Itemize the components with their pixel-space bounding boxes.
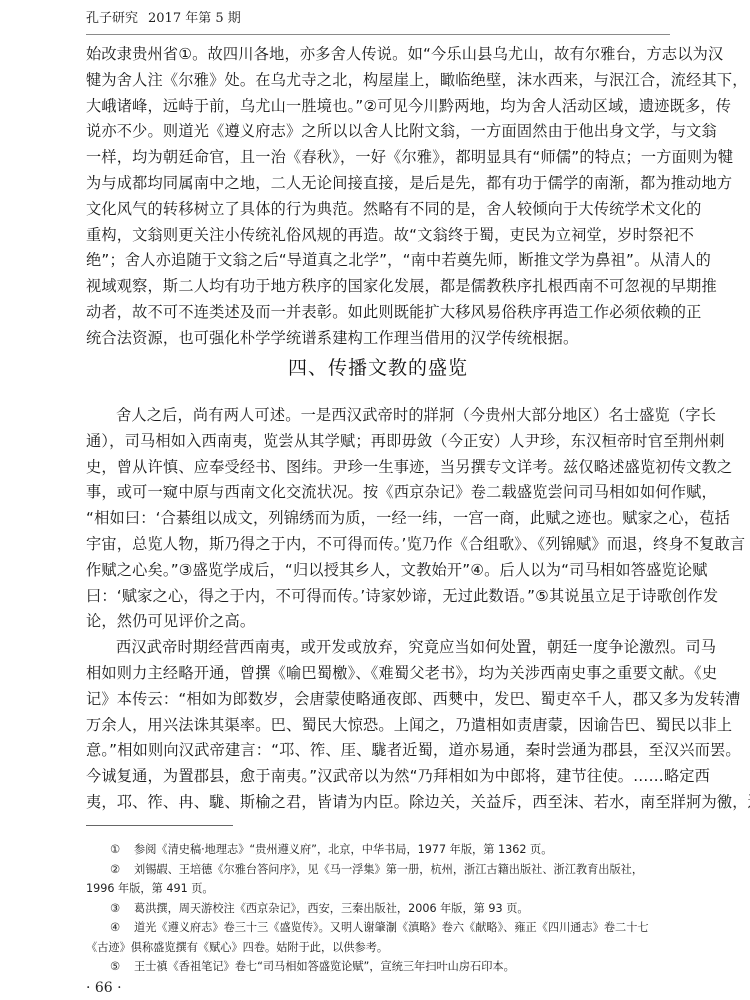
text-line: 舍人之后，尚有两人可述。一是西汉武帝时的牂牁（今贵州大部分地区）名士盛览（字长 xyxy=(86,403,670,429)
footnote-2-cont: 1996 年版，第 491 页。 xyxy=(86,879,670,899)
footnote-5: ⑤王士禛《香祖笔记》卷七“司马相如答盛览论赋”，宣统三年扫叶山房石印本。 xyxy=(86,957,670,977)
footnote-text: 道光《遵义府志》卷三十三《盛览传》。又明人谢肇淛《滇略》卷六《献略》、雍正《四川… xyxy=(134,921,649,934)
footnote-divider xyxy=(86,825,233,826)
text-line: 曰：‘赋家之心，得之于内，不可得而传。’诗家妙谛，无过此数语。”⑤其说虽立足于诗… xyxy=(86,584,670,610)
page-number: · 66 · xyxy=(86,980,122,996)
text-line: 说亦不少。则道光《遵义府志》之所以以舍人比附文翁，一方面固然由于他出身文学，与文… xyxy=(86,119,670,145)
text-line: 记》本传云：“相如为郎数岁，会唐蒙使略通夜郎、西僰中，发巴、蜀吏卒千人，郡又多为… xyxy=(86,687,670,713)
text-line: 意。”相如则向汉武帝建言：“邛、筰、厓、駹者近蜀，道亦易通，秦时尝通为郡县，至汉… xyxy=(86,738,670,764)
body-section-1: 始改隶贵州省①。故四川各地，亦多舍人传说。如“今乐山县乌尤山，故有尔雅台，方志以… xyxy=(86,42,670,352)
text-line: 论，然仍可见评价之高。 xyxy=(86,609,670,635)
footnote-number: ① xyxy=(86,840,134,860)
running-header: 孔子研究2017 年第 5 期 xyxy=(86,6,670,35)
footnotes: ①参阅《清史稿·地理志》“贵州遵义府”，北京，中华书局，1977 年版，第 13… xyxy=(86,840,670,977)
text-line: 文化风气的转移树立了具体的行为典范。然略有不同的是，舍人较倾向于大传统学术文化的 xyxy=(86,197,670,223)
text-line: 绝”；舍人亦追随于文翁之后“导道真之北学”，“南中若奠先师，断推文学为鼻祖”。从… xyxy=(86,248,670,274)
footnote-2: ②刘锡嘏、王培德《尔雅台答问序》，见《马一浮集》第一册，杭州，浙江古籍出版社、浙… xyxy=(86,860,670,880)
footnote-4: ④道光《遵义府志》卷三十三《盛览传》。又明人谢肇淛《滇略》卷六《献略》、雍正《四… xyxy=(86,918,670,938)
text-line: 视域观察，斯二人均有功于地方秩序的国家化发展，都是儒教秩序扎根西南不可忽视的早期… xyxy=(86,274,670,300)
text-line: 作赋之心矣。”③盛览学成后，“归以授其乡人，文教始开”④。后人以为“司马相如答盛… xyxy=(86,558,670,584)
text-line: 西汉武帝时期经营西南夷，或开发或放弃，究竟应当如何处置，朝廷一度争论激烈。司马 xyxy=(86,635,670,661)
text-line: 史，曾从许慎、应奉受经书、图纬。尹珍一生事迹，当另撰专文详考。兹仅略述盛览初传文… xyxy=(86,455,670,481)
text-line: 统合法资源，也可强化朴学学统谱系建构工作理当借用的汉学传统根据。 xyxy=(86,326,670,352)
journal-title: 孔子研究 xyxy=(86,11,138,26)
text-line: 大峨诸峰，远峙于前，乌尤山一胜境也。”②可见今川黔两地，均为舍人活动区域，遗迹既… xyxy=(86,94,670,120)
footnote-4-cont: 《古迹》俱称盛览撰有《赋心》四卷。姑附于此，以供参考。 xyxy=(86,938,670,958)
issue-label: 2017 年第 5 期 xyxy=(148,11,241,26)
text-line: “相如曰：‘合綦组以成文，列锦绣而为质，一经一纬，一宫一商，此赋之迹也。赋家之心… xyxy=(86,506,670,532)
text-line: 相如则力主经略开通，曾撰《喻巴蜀檄》、《难蜀父老书》，均为关涉西南史事之重要文献… xyxy=(86,661,670,687)
footnote-3: ③葛洪撰，周天游校注《西京杂记》，西安，三秦出版社，2006 年版，第 93 页… xyxy=(86,899,670,919)
text-line: 动者，故不可不连类述及而一并表彰。如此则既能扩大移风易俗秩序再造工作必须依赖的正 xyxy=(86,300,670,326)
footnote-number: ② xyxy=(86,860,134,880)
footnote-number: ⑤ xyxy=(86,957,134,977)
text-line: 事，或可一窥中原与西南文化交流状况。按《西京杂记》卷二载盛览尝问司马相如如何作赋… xyxy=(86,480,670,506)
footnote-text: 参阅《清史稿·地理志》“贵州遵义府”，北京，中华书局，1977 年版，第 136… xyxy=(134,843,552,856)
text-line: 万余人，用兴法诛其渠率。巴、蜀民大惊恐。上闻之，乃遣相如责唐蒙，因谕告巴、蜀民以… xyxy=(86,713,670,739)
body-section-2: 舍人之后，尚有两人可述。一是西汉武帝时的牂牁（今贵州大部分地区）名士盛览（字长 … xyxy=(86,403,670,816)
footnote-number: ③ xyxy=(86,899,134,919)
footnote-1: ①参阅《清史稿·地理志》“贵州遵义府”，北京，中华书局，1977 年版，第 13… xyxy=(86,840,670,860)
text-line: 重构，文翁则更关注小传统礼俗风规的再造。故“文翁终于蜀，吏民为立祠堂，岁时祭祀不 xyxy=(86,223,670,249)
footnote-text: 王士禛《香祖笔记》卷七“司马相如答盛览论赋”，宣统三年扫叶山房石印本。 xyxy=(134,960,515,973)
section-heading: 四、传播文教的盛览 xyxy=(86,355,670,381)
text-line: 通），司马相如入西南夷，览尝从其学赋；再即毋敛（今正安）人尹珍，东汉桓帝时官至荆… xyxy=(86,429,670,455)
footnote-text: 葛洪撰，周天游校注《西京杂记》，西安，三秦出版社，2006 年版，第 93 页。 xyxy=(134,902,529,915)
footnote-number: ④ xyxy=(86,918,134,938)
text-line: 始改隶贵州省①。故四川各地，亦多舍人传说。如“今乐山县乌尤山，故有尔雅台，方志以… xyxy=(86,42,670,68)
text-line: 为与成都均同属南中之地，二人无论间接直接，是后是先，都有功于儒学的南渐，都为推动… xyxy=(86,171,670,197)
text-line: 一样，均为朝廷命官，且一治《春秋》，一好《尔雅》，都明显具有“师儒”的特点；一方… xyxy=(86,145,670,171)
text-line: 夷，邛、筰、冉、駹、斯榆之君，皆请为内臣。除边关，关益斥，西至沫、若水，南至牂牁… xyxy=(86,790,670,816)
text-line: 犍为舍人注《尔雅》处。在乌尤寺之北，构屋崖上，瞰临绝壁，沫水西来，与泯江合，流经… xyxy=(86,68,670,94)
text-line: 今诚复通，为置郡县，愈于南夷。”汉武帝以为然“乃拜相如为中郎将，建节往使。……略… xyxy=(86,764,670,790)
text-line: 宇宙，总览人物，斯乃得之于内，不可得而传。’览乃作《合组歌》、《列锦赋》而退，终… xyxy=(86,532,670,558)
footnote-text: 刘锡嘏、王培德《尔雅台答问序》，见《马一浮集》第一册，杭州，浙江古籍出版社、浙江… xyxy=(134,863,643,876)
